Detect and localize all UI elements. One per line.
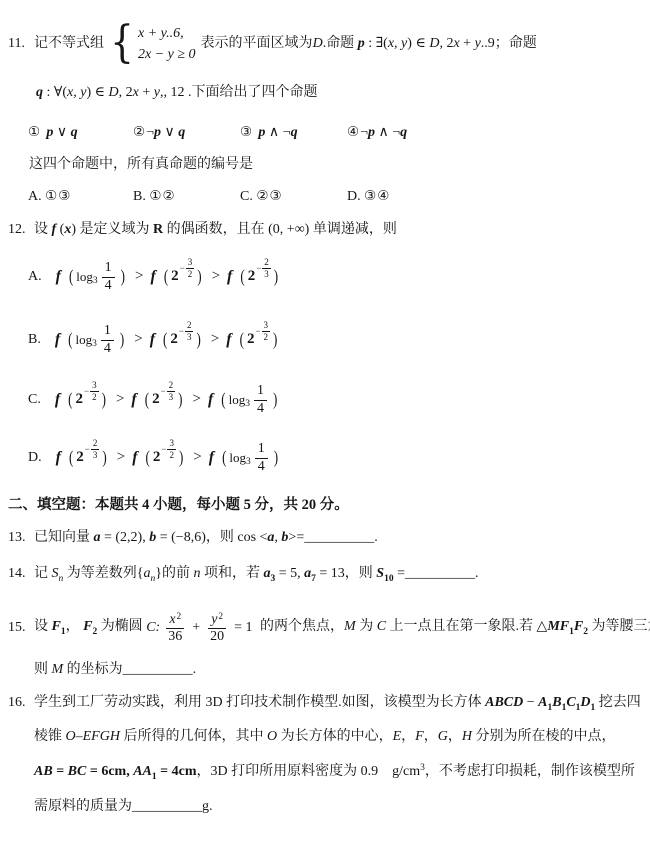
- minus-sign: −: [161, 444, 166, 454]
- right-paren: ): [99, 447, 109, 470]
- left-brace: {: [110, 22, 134, 64]
- question-number: 12.: [8, 221, 34, 239]
- right-paren: ): [118, 266, 128, 289]
- question-number: 15.: [8, 619, 34, 637]
- q12-option-b: B. f(log314) > f(2−23) > f(2−32): [28, 314, 280, 366]
- left-paren: (: [66, 266, 76, 289]
- text-run: =: [53, 764, 68, 779]
- text-run: }的前: [155, 566, 193, 581]
- question-number: 14.: [8, 565, 34, 583]
- text-run: ¬: [360, 125, 368, 140]
- log-symbol: log: [76, 332, 93, 349]
- q11-line1-text: 表示的平面区域为D.命题 p : ∃(x, y) ∈ D, 2x + y..9；…: [201, 35, 537, 53]
- text-run: = 5,: [275, 566, 304, 581]
- text-run: .: [193, 662, 197, 677]
- greater-than: >: [211, 330, 219, 350]
- text-run: ，: [401, 729, 415, 744]
- small-fraction: 32: [90, 380, 99, 402]
- text-run: E: [393, 729, 402, 744]
- fraction-denominator: 20: [207, 629, 227, 645]
- inequality-row-1: x + y..6,: [138, 23, 184, 44]
- function-f: f: [55, 390, 60, 411]
- exponent-fraction: −32: [161, 438, 176, 460]
- text-run: = 4cm: [157, 764, 197, 779]
- fraction: 14: [254, 383, 267, 416]
- text-run: F: [415, 729, 424, 744]
- fraction-numerator: 3: [262, 320, 271, 331]
- text-run: q: [71, 125, 78, 140]
- text-run: AA: [133, 764, 152, 779]
- text-run: H: [462, 729, 472, 744]
- log-base: 3: [246, 456, 251, 468]
- text-run: +: [460, 36, 475, 51]
- greater-than: >: [116, 390, 124, 410]
- text-run: x, y: [388, 36, 407, 51]
- q16-line3: AB = BC = 6cm, AA1 = 4cm，3D 打印所用原料密度为 0.…: [34, 762, 635, 783]
- fraction-numerator: 2: [262, 257, 271, 268]
- q15-line2: 则 M 的坐标为__________.: [34, 661, 196, 679]
- left-paren: (: [161, 266, 171, 289]
- right-paren: ): [270, 389, 280, 412]
- text-run: __________: [405, 566, 475, 581]
- text-run: .: [374, 530, 378, 545]
- option-label: A.: [28, 268, 42, 286]
- text-run: S: [52, 566, 59, 581]
- fraction-denominator: 2: [90, 392, 99, 402]
- left-paren: (: [65, 329, 75, 352]
- exponent-fraction: −32: [180, 257, 195, 279]
- text-run: : ∀(: [43, 85, 67, 100]
- function-f: f: [226, 330, 231, 351]
- text-run: ∨: [161, 125, 178, 140]
- fraction-numerator: y2: [208, 611, 226, 629]
- text-run: q: [178, 125, 185, 140]
- text-run: 挖去四: [595, 695, 641, 710]
- text-run: M: [52, 662, 64, 677]
- left-paren: (: [143, 447, 153, 470]
- text-run: = (−8,6): [156, 530, 206, 545]
- text-run: D: [108, 85, 118, 100]
- power-base: 2: [171, 267, 179, 287]
- fraction-numerator: 2: [167, 380, 176, 391]
- text-run: 上一点且在第一象限.若 △: [386, 619, 547, 634]
- power-base: 2: [153, 448, 161, 468]
- text-run: ..9；命题: [481, 36, 537, 51]
- choice-d: D. ③④: [347, 188, 390, 206]
- text-run: ，: [66, 619, 84, 634]
- inequality-row-2: 2x − y ≥ 0: [138, 44, 196, 65]
- text-run: D.: [347, 189, 364, 204]
- text-run: +: [139, 85, 154, 100]
- function-f: f: [150, 267, 155, 288]
- text-run: ②: [133, 124, 146, 140]
- right-paren: ): [194, 266, 204, 289]
- text-run: 设: [34, 619, 52, 634]
- small-fraction: 32: [262, 320, 271, 342]
- fraction-numerator: 3: [90, 380, 99, 391]
- power-base: 2: [76, 390, 84, 410]
- question-13: 13.已知向量 a = (2,2), b = (−8,6)，则 cos <a, …: [8, 529, 378, 547]
- text-run: 记: [34, 566, 52, 581]
- fraction: 14: [101, 323, 114, 356]
- exponent-fraction: −23: [85, 438, 100, 460]
- text-run: (0, +∞): [268, 222, 309, 237]
- text-run: M: [344, 619, 356, 634]
- text-run: a: [94, 530, 101, 545]
- text-run: .: [475, 566, 479, 581]
- q11-propositions: ① p ∨ q ②¬p ∨ q ③ p ∧ ¬q ④¬p ∧ ¬q: [0, 124, 650, 150]
- math-term: f(2−32): [132, 447, 186, 469]
- exponent: 2: [177, 611, 182, 621]
- function-f: f: [150, 330, 155, 351]
- math-term: f(2−32): [150, 266, 204, 288]
- function-f: f: [56, 267, 61, 288]
- text-run: C: [146, 620, 155, 635]
- right-paren: ): [99, 389, 109, 412]
- text-run: 已知向量: [34, 530, 94, 545]
- q11-line2: q : ∀(x, y) ∈ D, 2x + y,, 12 .下面给出了四个命题: [36, 84, 317, 102]
- text-run: ) 是定义域为: [71, 222, 153, 237]
- fraction-denominator: 3: [185, 332, 194, 342]
- text-run: 表示的平面区域为: [201, 36, 313, 51]
- text-run: =: [394, 566, 405, 581]
- equals-one: = 1: [234, 619, 252, 637]
- minus-sign: −: [180, 263, 185, 273]
- choice-b: B. ①②: [133, 188, 176, 206]
- math-term: f(2−32): [55, 389, 109, 411]
- q11-line1: 11. 记不等式组 { x + y..6, 2x − y ≥ 0 表示的平面区域…: [8, 18, 537, 70]
- text-run: ①: [28, 124, 46, 140]
- text-run: R: [153, 222, 163, 237]
- curve-name: C:: [146, 619, 160, 637]
- math-term: f(2−32): [226, 329, 280, 351]
- option-label: D.: [28, 449, 42, 467]
- fraction-numerator: 2: [185, 320, 194, 331]
- text-run: ) ∈: [407, 36, 429, 51]
- log-base: 3: [92, 338, 97, 350]
- greater-than: >: [193, 448, 201, 468]
- function-f: f: [209, 448, 214, 469]
- fraction-denominator: 4: [255, 459, 268, 475]
- text-run: 学生到工厂劳动实践，利用 3D 打印技术制作模型.如图，该模型为长方体: [34, 695, 485, 710]
- text-run: ,, 12: [160, 85, 185, 100]
- exponent-fraction: −23: [161, 380, 176, 402]
- text-run: 的两个焦点，: [257, 619, 345, 634]
- text-run: g.: [202, 799, 213, 814]
- q16-line4: 需原料的质量为__________g.: [34, 798, 213, 816]
- power-base: 2: [76, 448, 84, 468]
- text-run: ∧ ¬: [375, 125, 400, 140]
- fraction-denominator: 3: [262, 269, 271, 279]
- right-paren: ): [175, 389, 185, 412]
- text-run: −: [523, 695, 538, 710]
- text-run: 项和，若: [200, 566, 263, 581]
- text-run: 棱锥: [34, 729, 66, 744]
- q12-option-a: A. f(log314) > f(2−32) > f(2−23): [28, 251, 281, 303]
- q12-option-d: D. f(2−23) > f(2−32) > f(log314): [28, 432, 281, 484]
- small-fraction: 23: [91, 438, 100, 460]
- question-number: 13.: [8, 529, 34, 547]
- small-fraction: 23: [167, 380, 176, 402]
- text-run: ，则 cos <: [206, 530, 268, 545]
- math-term: f(log314): [55, 323, 127, 356]
- q11-stem2: 这四个命题中，所有真命题的编号是: [29, 156, 253, 174]
- text-run: x: [169, 612, 175, 627]
- small-fraction: 23: [262, 257, 271, 279]
- text-run: q: [36, 85, 43, 100]
- text-run: G: [438, 729, 448, 744]
- left-paren: (: [65, 389, 75, 412]
- fraction-denominator: 3: [91, 450, 100, 460]
- fraction: 14: [255, 441, 268, 474]
- text-run: ，: [448, 729, 462, 744]
- text-run: 的偶函数，且在: [163, 222, 268, 237]
- fraction-numerator: 1: [102, 260, 115, 277]
- text-run: ③④: [364, 188, 390, 204]
- fraction-denominator: 3: [167, 392, 176, 402]
- text-run: C.: [240, 189, 256, 204]
- text-run: , 2: [119, 85, 133, 100]
- text-run: 分别为所在棱的中点，: [472, 729, 616, 744]
- fraction-denominator: 4: [102, 278, 115, 294]
- fraction-numerator: 1: [254, 383, 267, 400]
- text-run: p: [368, 125, 375, 140]
- right-paren: ): [271, 266, 281, 289]
- exponent: 2: [218, 611, 223, 621]
- text-run: q: [291, 125, 298, 140]
- text-run: BC: [68, 764, 87, 779]
- text-run: 的坐标为: [63, 662, 123, 677]
- log-symbol: log: [229, 450, 246, 467]
- function-f: f: [208, 390, 213, 411]
- q16-line1: 16.学生到工厂劳动实践，利用 3D 打印技术制作模型.如图，该模型为长方体 A…: [8, 694, 641, 714]
- minus-sign: −: [85, 444, 90, 454]
- text-run: B: [552, 695, 561, 710]
- q12-stem-text: 设 f (x) 是定义域为 R 的偶函数，且在 (0, +∞) 单调递减，则: [34, 222, 397, 237]
- q16-line1-text: 学生到工厂劳动实践，利用 3D 打印技术制作模型.如图，该模型为长方体 ABCD…: [34, 695, 641, 710]
- choice-a: A. ①③: [28, 188, 71, 206]
- text-run: .命题: [323, 36, 358, 51]
- text-run: O: [267, 729, 277, 744]
- text-run: ∨: [53, 125, 70, 140]
- text-run: ，: [424, 729, 438, 744]
- function-f: f: [56, 448, 61, 469]
- left-paren: (: [218, 389, 228, 412]
- greater-than: >: [212, 267, 220, 287]
- minus-sign: −: [84, 386, 89, 396]
- text-run: y: [211, 612, 217, 627]
- text-run: ②③: [256, 188, 282, 204]
- fraction-numerator: 3: [186, 257, 195, 268]
- exponent-fraction: −23: [179, 320, 194, 342]
- log-base: 3: [93, 275, 98, 287]
- power-base: 2: [152, 390, 160, 410]
- greater-than: >: [135, 267, 143, 287]
- proposition-4: ④¬p ∧ ¬q: [347, 124, 407, 142]
- text-run: __________: [123, 662, 193, 677]
- text-run: D: [313, 36, 323, 51]
- q13-text: 已知向量 a = (2,2), b = (−8,6)，则 cos <a, b>=…: [34, 530, 378, 545]
- function-f: f: [55, 330, 60, 351]
- exponent-fraction: −32: [84, 380, 99, 402]
- exam-page: 11. 记不等式组 { x + y..6, 2x − y ≥ 0 表示的平面区域…: [0, 0, 650, 860]
- text-run: F: [574, 619, 583, 634]
- left-paren: (: [66, 447, 76, 470]
- text-run: .下面给出了四个命题: [184, 85, 317, 100]
- text-run: 为等腰三角形，: [588, 619, 650, 634]
- left-paren: (: [160, 329, 170, 352]
- power-base: 2: [248, 267, 256, 287]
- fraction: 14: [102, 260, 115, 293]
- exponent-fraction: −32: [255, 320, 270, 342]
- text-run: 单调递减，则: [309, 222, 397, 237]
- text-run: –: [76, 729, 83, 744]
- proposition-1: ① p ∨ q: [28, 124, 78, 142]
- text-run: AB: [34, 764, 53, 779]
- text-run: C: [377, 619, 386, 634]
- math-term: f(2−23): [227, 266, 281, 288]
- question-14: 14.记 Sn 为等差数列{an}的前 n 项和，若 a3 = 5, a7 = …: [8, 565, 478, 585]
- q12-stem: 12.设 f (x) 是定义域为 R 的偶函数，且在 (0, +∞) 单调递减，…: [8, 221, 397, 239]
- small-fraction: 23: [185, 320, 194, 342]
- text-run: ，则: [345, 566, 377, 581]
- text-run: : ∃(: [365, 36, 388, 51]
- text-run: __________: [132, 799, 202, 814]
- text-run: ¬: [146, 125, 154, 140]
- fraction-numerator: x2: [166, 611, 184, 629]
- text-run: ④: [347, 124, 360, 140]
- text-run: 需原料的质量为: [34, 799, 132, 814]
- small-fraction: 32: [186, 257, 195, 279]
- small-fraction: 32: [167, 438, 176, 460]
- text-run: ∧ ¬: [265, 125, 290, 140]
- left-paren: (: [219, 447, 229, 470]
- fraction-denominator: 2: [186, 269, 195, 279]
- text-run: = 6cm,: [86, 764, 133, 779]
- log-symbol: log: [229, 392, 246, 409]
- text-run: 则: [34, 662, 52, 677]
- text-run: ③: [240, 124, 258, 140]
- text-run: ，3D 打印所用原料密度为 0.9 g/cm: [197, 764, 421, 779]
- power-base: 2: [247, 330, 255, 350]
- text-run: ，不考虑打印损耗，制作该模型所: [425, 764, 635, 779]
- fraction-denominator: 2: [262, 332, 271, 342]
- text-run: D: [580, 695, 590, 710]
- text-run: __________: [304, 530, 374, 545]
- right-paren: ): [117, 329, 127, 352]
- text-run: MF: [547, 619, 569, 634]
- question-number: 16.: [8, 694, 34, 712]
- q15-pre-text: 设 F1， F2 为椭圆: [34, 618, 146, 638]
- text-run: q: [400, 125, 407, 140]
- math-term: f(2−23): [56, 447, 110, 469]
- minus-sign: −: [255, 326, 260, 336]
- text-run: :: [156, 620, 161, 635]
- option-label: C.: [28, 391, 41, 409]
- text-run: x, y: [67, 85, 86, 100]
- function-f: f: [132, 448, 137, 469]
- minus-sign: −: [161, 386, 166, 396]
- right-paren: ): [270, 329, 280, 352]
- math-term: f(log314): [208, 383, 280, 416]
- text-run: 为长方体的中心，: [277, 729, 393, 744]
- minus-sign: −: [179, 326, 184, 336]
- function-f: f: [131, 390, 136, 411]
- left-paren: (: [237, 266, 247, 289]
- text-run: 为椭圆: [97, 619, 146, 634]
- minus-sign: −: [256, 263, 261, 273]
- q11-intro: 记不等式组: [34, 35, 104, 53]
- log-symbol: log: [76, 269, 93, 286]
- fraction-denominator: 4: [101, 341, 114, 357]
- proposition-3: ③ p ∧ ¬q: [240, 124, 298, 142]
- text-run: , 2: [439, 36, 453, 51]
- greater-than: >: [193, 390, 201, 410]
- math-term: f(log314): [56, 260, 128, 293]
- fraction-denominator: 36: [165, 629, 185, 645]
- right-paren: ): [193, 329, 203, 352]
- text-run: ①③: [45, 188, 71, 204]
- math-term: f(2−23): [150, 329, 204, 351]
- option-label: B.: [28, 331, 41, 349]
- q15-post-text: 的两个焦点，M 为 C 上一点且在第一象限.若 △MF1F2 为等腰三角形，: [257, 618, 650, 638]
- text-run: >=: [288, 530, 304, 545]
- left-paren: (: [142, 389, 152, 412]
- right-paren: ): [176, 447, 186, 470]
- text-run: ) ∈: [86, 85, 108, 100]
- fraction-y: y2 20: [207, 611, 227, 645]
- text-run: ABCD: [485, 695, 523, 710]
- q16-line2: 棱锥 O–EFGH 后所得的几何体，其中 O 为长方体的中心，E，F，G，H 分…: [34, 728, 615, 746]
- q15-line1: 15. 设 F1， F2 为椭圆 C: x2 36 + y2 20 = 1 的两…: [8, 600, 650, 656]
- ellipse-equation: C: x2 36 + y2 20 = 1: [146, 611, 256, 645]
- text-run: = (2,2),: [101, 530, 150, 545]
- text-run: D: [429, 36, 439, 51]
- function-f: f: [227, 267, 232, 288]
- q14-text: 记 Sn 为等差数列{an}的前 n 项和，若 a3 = 5, a7 = 13，…: [34, 566, 478, 581]
- text-run: 10: [384, 574, 394, 584]
- text-run: = 13: [316, 566, 345, 581]
- text-run: 设: [34, 222, 52, 237]
- fraction-numerator: 1: [255, 441, 268, 458]
- math-term: f(2−23): [131, 389, 185, 411]
- text-run: S: [376, 566, 384, 581]
- q12-option-c: C. f(2−32) > f(2−23) > f(log314): [28, 374, 280, 426]
- text-run: p: [154, 125, 161, 140]
- text-run: A.: [28, 189, 45, 204]
- proposition-2: ②¬p ∨ q: [133, 124, 185, 142]
- fraction-numerator: 3: [167, 438, 176, 449]
- text-run: EFGH: [83, 729, 120, 744]
- log-base: 3: [245, 398, 250, 410]
- question-number: 11.: [8, 35, 34, 53]
- text-run: O: [66, 729, 76, 744]
- fraction-numerator: 1: [101, 323, 114, 340]
- text-run: 为等差数列{: [63, 566, 143, 581]
- text-run: 为: [356, 619, 377, 634]
- q11-choices: A. ①③ B. ①② C. ②③ D. ③④: [0, 188, 650, 214]
- text-run: p: [358, 36, 365, 51]
- choice-c: C. ②③: [240, 188, 283, 206]
- fraction-numerator: 2: [91, 438, 100, 449]
- greater-than: >: [134, 330, 142, 350]
- fraction-denominator: 2: [167, 450, 176, 460]
- section-2-header: 二、填空题：本题共 4 小题，每小题 5 分，共 20 分。: [8, 496, 349, 515]
- fraction-denominator: 4: [254, 401, 267, 417]
- power-base: 2: [170, 330, 178, 350]
- right-paren: ): [271, 447, 281, 470]
- text-run: F: [52, 619, 61, 634]
